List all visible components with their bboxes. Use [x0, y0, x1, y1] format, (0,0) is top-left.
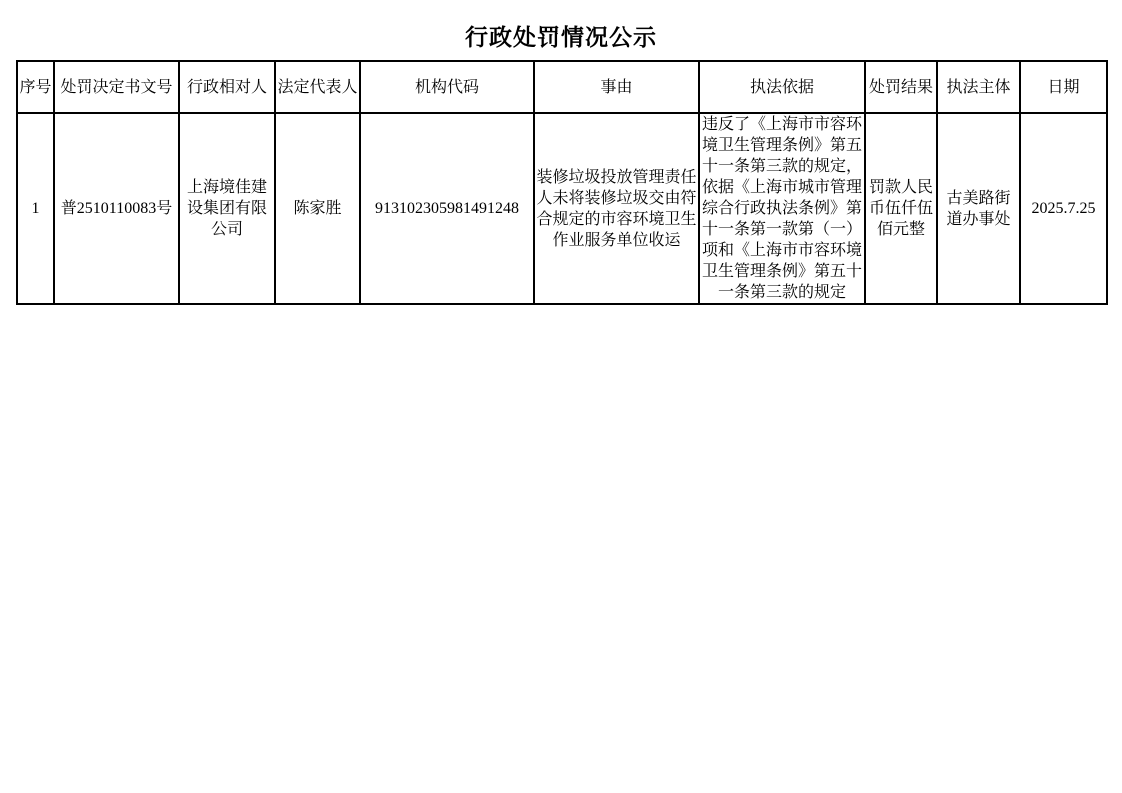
cell-doc-number: 普2510110083号	[54, 113, 179, 304]
penalty-table: 序号 处罚决定书文号 行政相对人 法定代表人 机构代码 事由 执法依据 处罚结果…	[16, 60, 1108, 305]
cell-enforcement-body: 古美路街道办事处	[937, 113, 1020, 304]
col-header-legal-rep: 法定代表人	[275, 61, 360, 113]
cell-cause: 装修垃圾投放管理责任人未将装修垃圾交由符合规定的市容环境卫生作业服务单位收运	[534, 113, 699, 304]
cell-penalty-result: 罚款人民币伍仟伍佰元整	[865, 113, 937, 304]
col-header-party: 行政相对人	[179, 61, 275, 113]
col-header-penalty-result: 处罚结果	[865, 61, 937, 113]
cell-seq: 1	[17, 113, 54, 304]
col-header-date: 日期	[1020, 61, 1107, 113]
col-header-enforcement-body: 执法主体	[937, 61, 1020, 113]
document-page: 行政处罚情况公示 序号 处罚决定书文号 行政相对人 法定代表人 机构代码 事由 …	[0, 0, 1122, 793]
cell-org-code: 913102305981491248	[360, 113, 534, 304]
cell-date: 2025.7.25	[1020, 113, 1107, 304]
cell-legal-basis: 违反了《上海市市容环境卫生管理条例》第五十一条第三款的规定，依据《上海市城市管理…	[699, 113, 865, 304]
col-header-legal-basis: 执法依据	[699, 61, 865, 113]
table-row: 1 普2510110083号 上海境佳建设集团有限公司 陈家胜 91310230…	[17, 113, 1107, 304]
col-header-org-code: 机构代码	[360, 61, 534, 113]
cell-legal-rep: 陈家胜	[275, 113, 360, 304]
page-title: 行政处罚情况公示	[0, 19, 1122, 52]
col-header-doc-number: 处罚决定书文号	[54, 61, 179, 113]
table-header-row: 序号 处罚决定书文号 行政相对人 法定代表人 机构代码 事由 执法依据 处罚结果…	[17, 61, 1107, 113]
col-header-cause: 事由	[534, 61, 699, 113]
cell-party: 上海境佳建设集团有限公司	[179, 113, 275, 304]
col-header-seq: 序号	[17, 61, 54, 113]
